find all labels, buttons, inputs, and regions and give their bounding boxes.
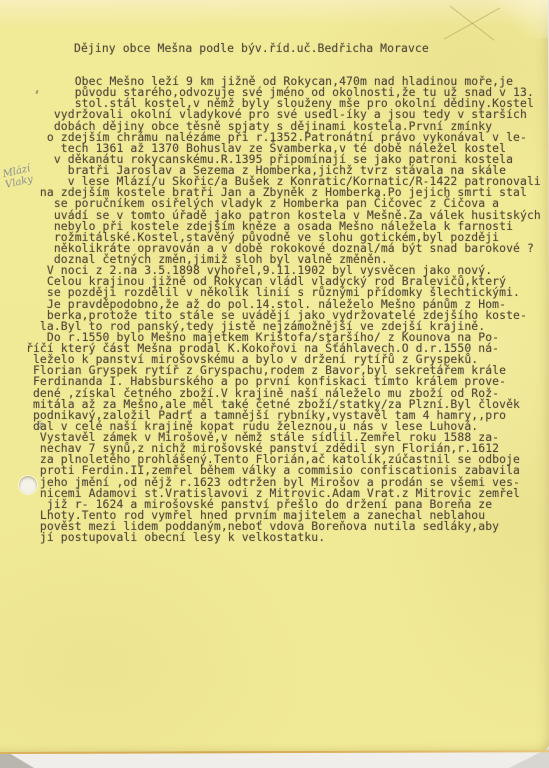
crease-line (450, 6, 495, 41)
page-title: Dějiny obce Mešna podle býv.říd.uč.Bedři… (74, 43, 429, 54)
typewritten-body-text: Obec Mešno leží 9 km jižně od Rokycan,47… (26, 76, 541, 543)
corner-fold-sheen (490, 0, 548, 38)
scanned-page: Dějiny obce Mešna podle býv.říd.uč.Bedři… (0, 0, 549, 768)
